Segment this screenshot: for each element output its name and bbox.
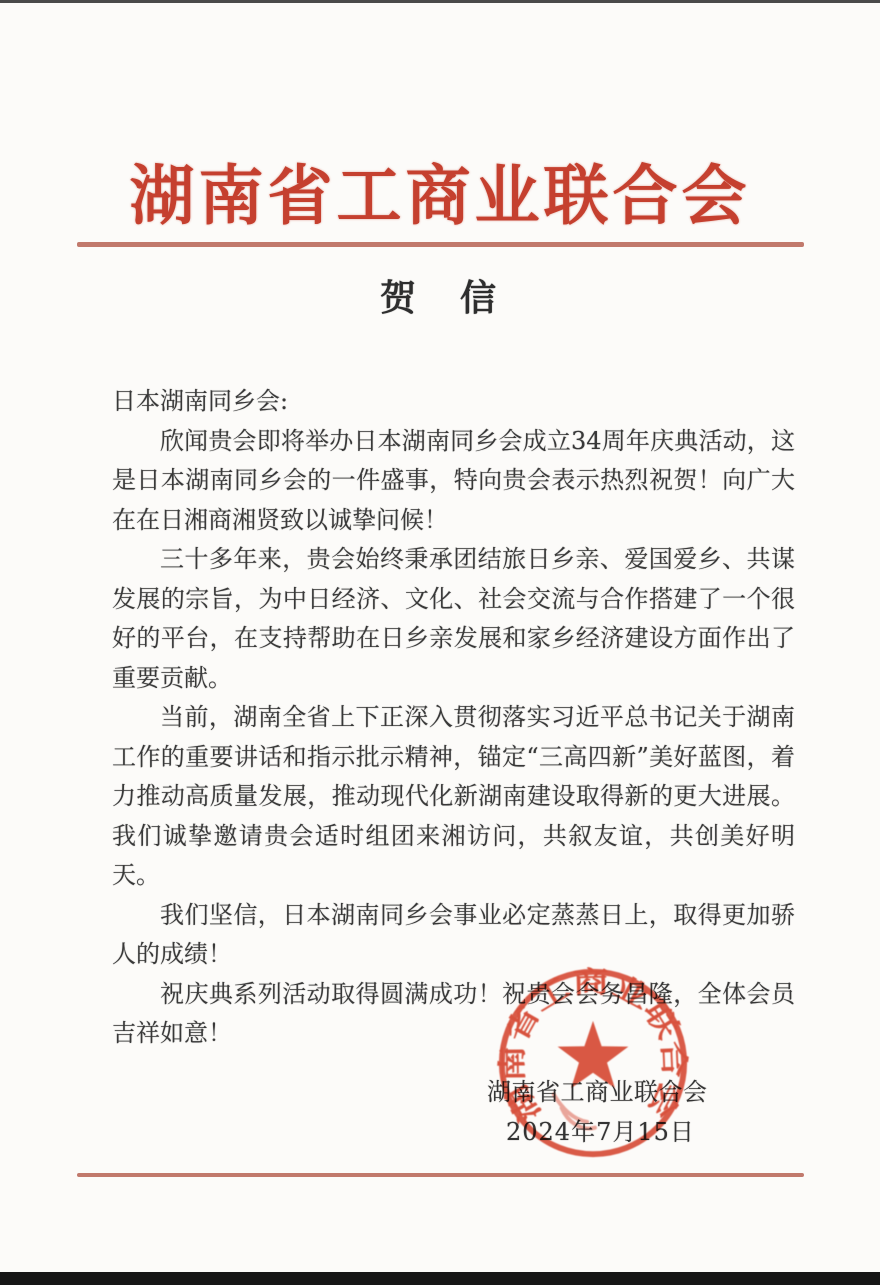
letterhead-divider	[77, 242, 804, 247]
document-title: 贺 信	[0, 270, 880, 321]
seal-smudge-marks	[554, 1094, 595, 1128]
letter-body: 日本湖南同乡会: 欣闻贵会即将举办日本湖南同乡会成立34周年庆典活动，这是日本湖…	[112, 382, 795, 1054]
salutation: 日本湖南同乡会:	[112, 382, 795, 422]
star-icon	[558, 1021, 629, 1088]
letterhead-org-name: 湖南省工商业联合会	[0, 143, 880, 237]
scan-edge-top	[0, 0, 880, 3]
scan-edge-bottom	[0, 1272, 880, 1285]
footer-divider	[77, 1173, 804, 1177]
scanned-letter-page: { "letterhead": { "org_name": "湖南省工商业联合会…	[0, 0, 880, 1285]
paragraph: 三十多年来，贵会始终秉承团结旅日乡亲、爱国爱乡、共谋发展的宗旨，为中日经济、文化…	[112, 540, 795, 698]
paragraph: 欣闻贵会即将举办日本湖南同乡会成立34周年庆典活动，这是日本湖南同乡会的一件盛事…	[112, 422, 795, 541]
official-seal-stamp: 湖南省工商业联合会	[491, 965, 695, 1161]
paragraph: 当前，湖南全省上下正深入贯彻落实习近平总书记关于湖南工作的重要讲话和指示批示精神…	[112, 698, 795, 896]
paragraph: 我们坚信，日本湖南同乡会事业必定蒸蒸日上，取得更加骄人的成绩！	[112, 896, 795, 975]
